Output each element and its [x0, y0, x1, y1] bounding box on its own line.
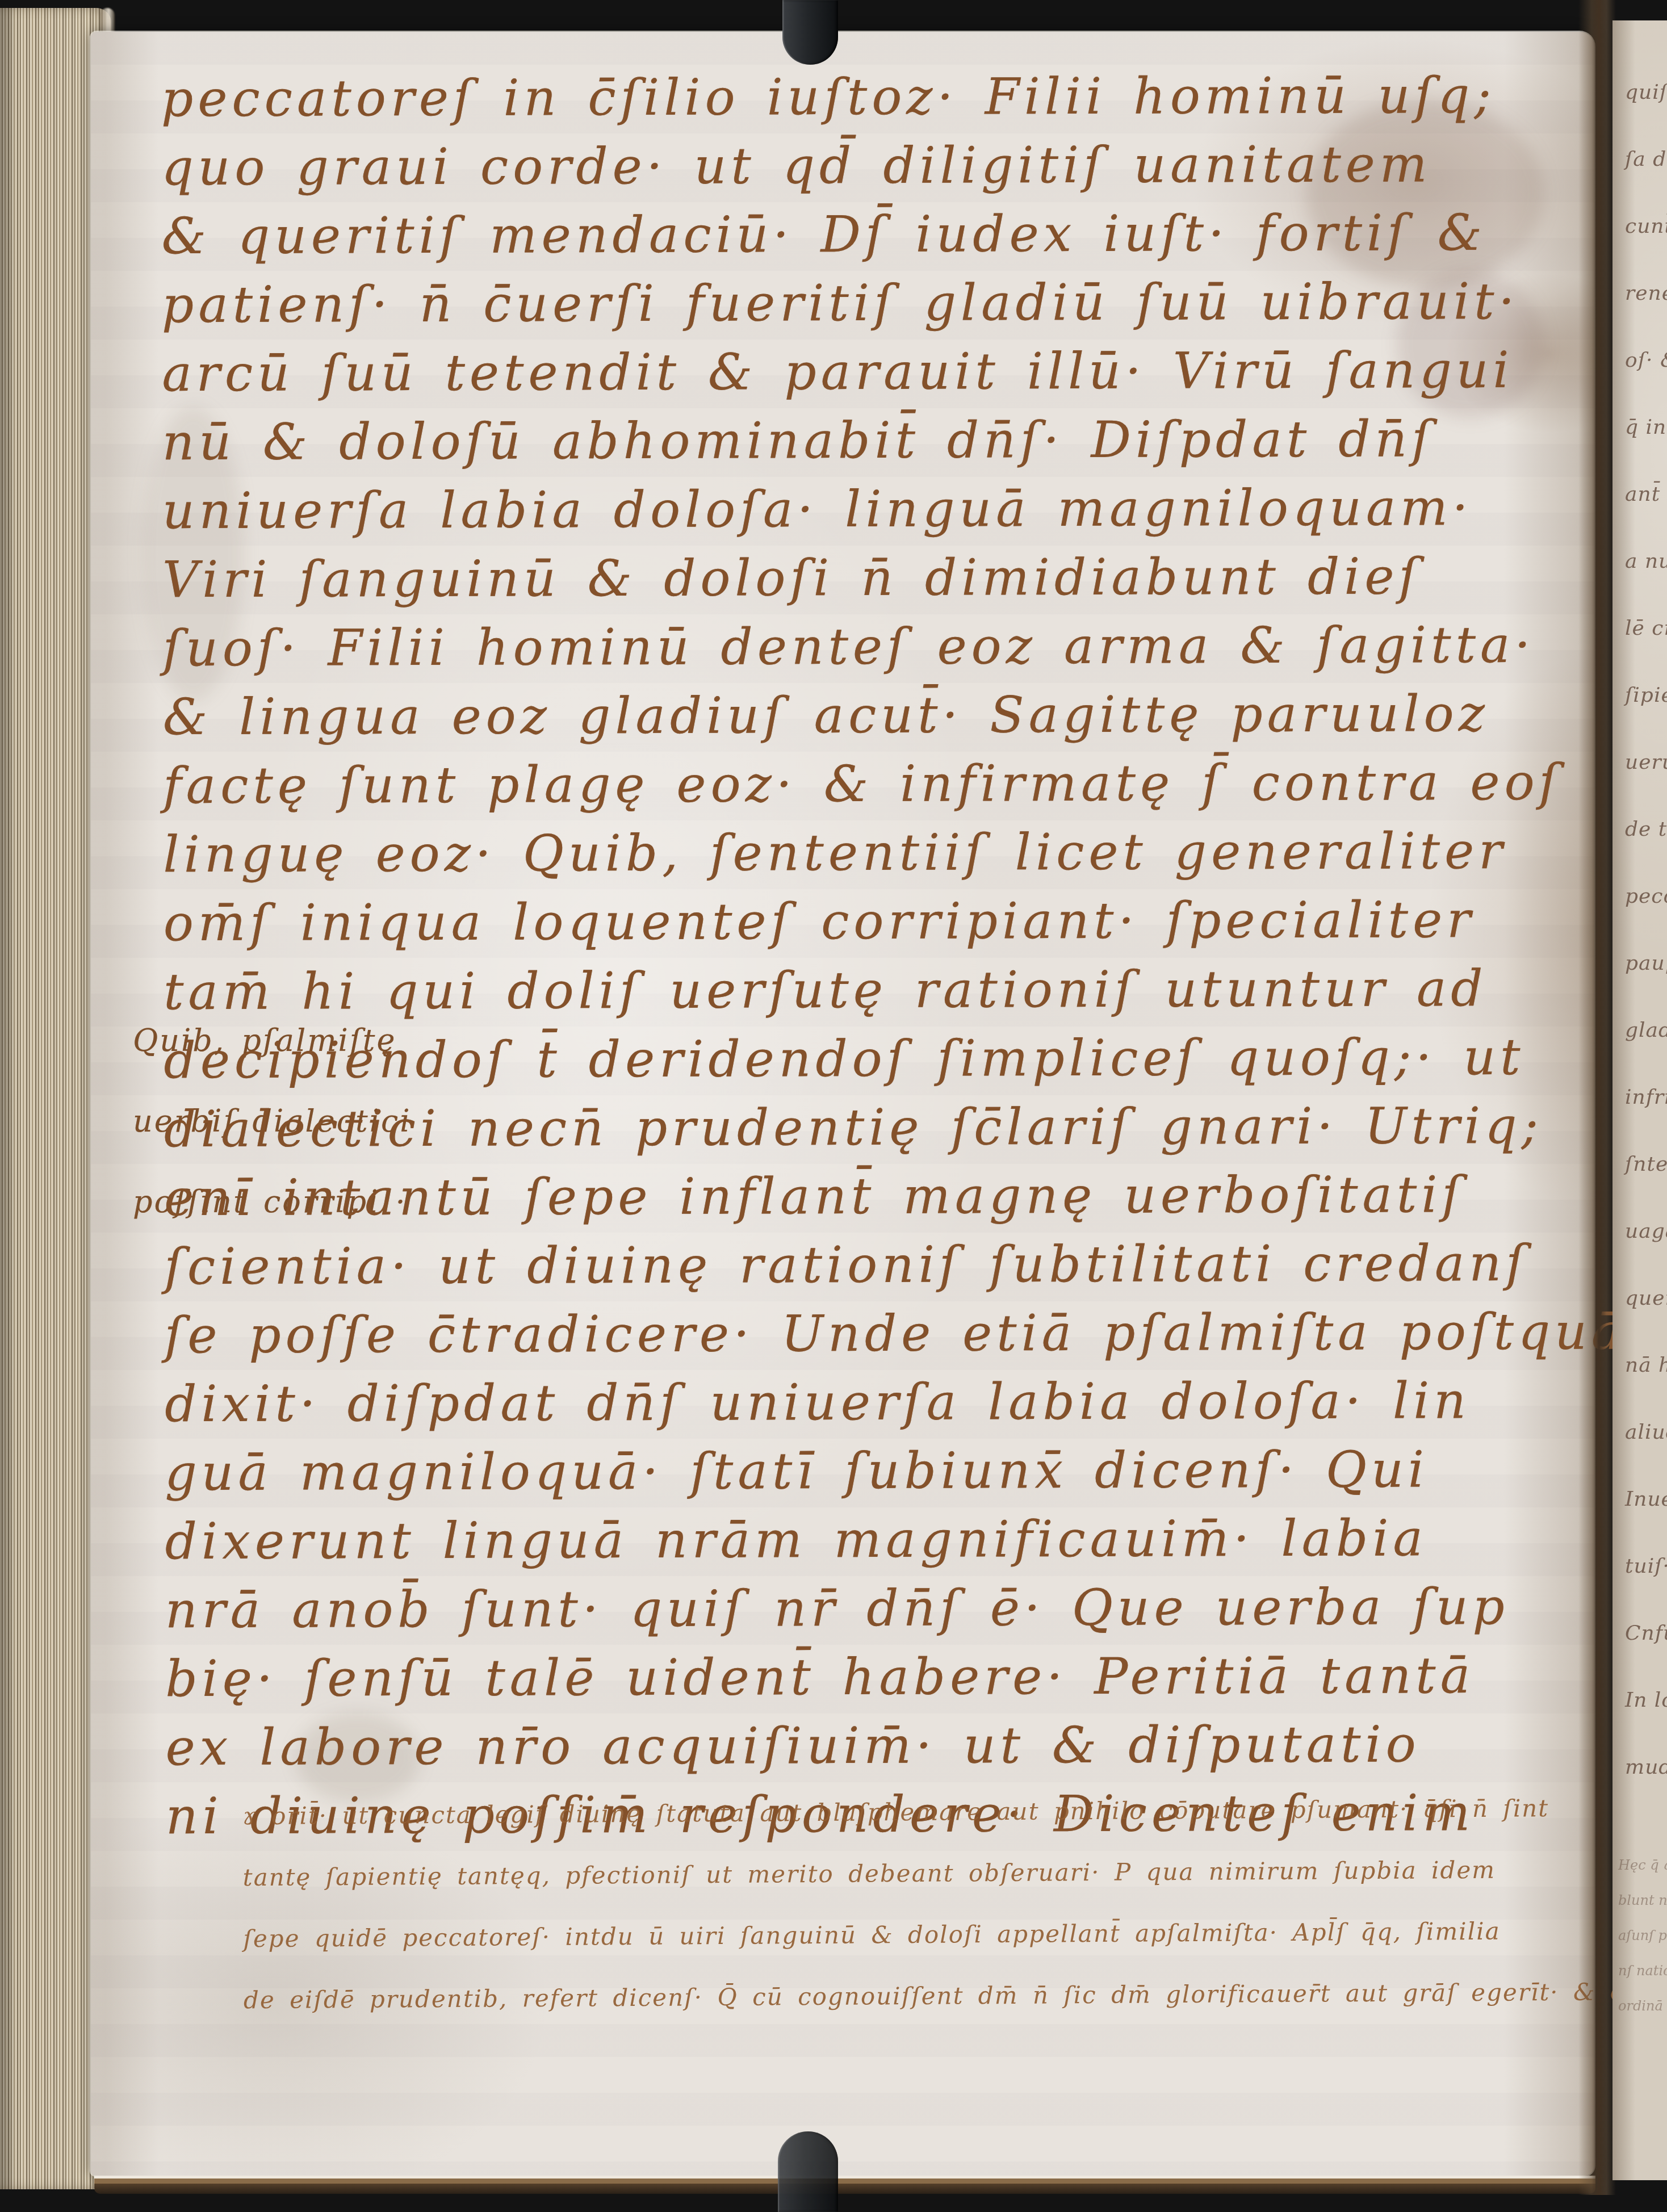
- text-line: dixerunt linguā nrām magnificauim̄· labi…: [165, 1503, 1573, 1576]
- facing-gloss-fragment: blunt nox pſ: [1618, 1883, 1667, 1918]
- text-line: peccatoreſ in c̄ſilio iuſtoz· Filii homi…: [161, 61, 1569, 133]
- facing-text-fragment: In locut: [1625, 1667, 1667, 1734]
- text-line: ſcientia· ut diuinę rationiſ ſubtilitati…: [164, 1229, 1572, 1301]
- facing-text-fragment: Cnfund: [1625, 1600, 1667, 1667]
- facing-text-fragment: mudib: [1625, 1734, 1667, 1801]
- facing-text-fragment: lē cred: [1625, 595, 1667, 662]
- text-line: enī intantū ſepe inflant̄ magnę uerboſit…: [164, 1160, 1572, 1232]
- facing-text-fragment: infrin: [1625, 1064, 1667, 1131]
- text-line: uniuerſa labia doloſa· linguā magniloqua…: [162, 473, 1570, 545]
- facing-text-fragment: uerut̄: [1625, 729, 1667, 796]
- text-line: arcū ſuū tetendit & parauit illū· Virū ſ…: [162, 336, 1570, 408]
- facing-text-fragment: a nun: [1625, 528, 1667, 595]
- facing-text-fragment: ſa di: [1625, 126, 1667, 193]
- text-line: & lingua eoz gladiuſ acut̄· Sagittę paru…: [163, 679, 1571, 751]
- text-line: guā magniloquā· ſtatī ſubiunx̄ dicenſ· Q…: [165, 1435, 1573, 1507]
- book-gutter-crease: [1578, 0, 1616, 2195]
- text-line: patienſ· n̄ c̄uerſi fueritiſ gladiū ſuū …: [162, 267, 1570, 339]
- bottom-gloss-block: ɤ orit̄· ut cuncta legiſ diuinę ſtatuta …: [242, 1778, 1584, 2031]
- text-line: Viri ſanguinū & doloſi n̄ dimidiabunt di…: [162, 542, 1570, 614]
- facing-gloss-fragment: nſ nationſ d: [1618, 1953, 1667, 1988]
- facing-text-fragment: peccato: [1625, 863, 1667, 930]
- facing-text-fragment: pauper: [1625, 930, 1667, 997]
- gloss-line: de eiſdē prudentib, refert dicenſ· Q̄ cū…: [244, 1962, 1584, 2031]
- facing-gloss-fragment: ordinā capſ: [1618, 1988, 1667, 2024]
- facing-text-fragment: Inuenia: [1625, 1466, 1667, 1533]
- text-line: ſuoſ· Filii hominū denteſ eoz arma & ſag…: [162, 610, 1570, 682]
- gloss-line: ɤ orit̄· ut cuncta legiſ diuinę ſtatuta …: [242, 1778, 1583, 1847]
- text-line: tam̄ hi qui doliſ uerſutę rationiſ utunt…: [164, 954, 1572, 1026]
- facing-text-fragment: reneſ: [1625, 260, 1667, 327]
- facing-text-fragment: aliud n̄: [1625, 1399, 1667, 1466]
- facing-page-text-fragments: quiſſa dicunt̄reneſoſ· &q̄ in tant̄ na n…: [1625, 59, 1667, 1801]
- facing-page-sliver: quiſſa dicunt̄reneſoſ· &q̄ in tant̄ na n…: [1612, 20, 1667, 2180]
- facing-text-fragment: de tali: [1625, 796, 1667, 863]
- facing-text-fragment: cunt̄: [1625, 193, 1667, 260]
- text-line: factę ſunt plagę eoz· & infirmatę ſ̄ con…: [163, 748, 1571, 820]
- facing-text-fragment: oſ· &: [1625, 327, 1667, 394]
- facing-page-gloss-fragments: Hęc q̄ quiblunt nox pſaſunſ parulſnſ nat…: [1618, 1847, 1667, 2024]
- facing-text-fragment: ant̄ n: [1625, 461, 1667, 528]
- main-text-block: peccatoreſ in c̄ſilio iuſtoz· Filii homi…: [161, 61, 1574, 1850]
- text-line: dixit· diſpdat dn̄ſ uniuerſa labia doloſ…: [165, 1366, 1573, 1438]
- facing-text-fragment: uagant: [1625, 1198, 1667, 1265]
- gloss-line: ſepe quidē peccatoreſ· intdu ū uiri ſang…: [243, 1900, 1584, 1970]
- text-line: bię· ſenſū talē uident̄ habere· Peritiā …: [165, 1641, 1573, 1713]
- manuscript-page: Quib, pſalmiſtęuerbiſ dialecticipoſſint …: [91, 32, 1594, 2176]
- facing-text-fragment: q̄ in t: [1625, 394, 1667, 461]
- facing-text-fragment: ſntenti: [1625, 1131, 1667, 1198]
- text-line: nrā anob̄ ſunt· quiſ nr̄ dn̄ſ ē· Que uer…: [165, 1572, 1573, 1644]
- facing-text-fragment: tuiſ· dex: [1625, 1533, 1667, 1600]
- text-line: & queritiſ mendaciū· Dſ̄ iudex iuſt· for…: [162, 198, 1570, 270]
- text-line: ex labore nr̄o acquiſiuim̄· ut & diſputa…: [165, 1710, 1573, 1782]
- text-line: om̄ſ iniqua loquenteſ corripiant· ſpecia…: [164, 885, 1572, 957]
- text-line: linguę eoz· Quib, ſententiiſ licet gener…: [163, 816, 1571, 889]
- facing-text-fragment: querunt: [1625, 1265, 1667, 1332]
- text-line: decipiendoſ t̄ deridendoſ ſimpliceſ quoſ…: [164, 1023, 1572, 1095]
- page-holder-strap-bottom: [778, 2131, 838, 2212]
- text-line: quo graui corde· ut qd̄ diligitiſ uanita…: [161, 129, 1569, 202]
- facing-text-fragment: nā hi q: [1625, 1332, 1667, 1399]
- facing-gloss-fragment: Hęc q̄ qui: [1618, 1847, 1667, 1883]
- facing-gloss-fragment: aſunſ parulſ: [1618, 1918, 1667, 1953]
- text-line: nū & doloſū abhominabit̄ dn̄ſ· Diſpdat d…: [162, 404, 1570, 476]
- manuscript-photograph: Quib, pſalmiſtęuerbiſ dialecticipoſſint …: [0, 0, 1667, 2212]
- page-holder-strap-top: [782, 0, 838, 65]
- facing-text-fragment: gladiuſ: [1625, 997, 1667, 1064]
- facing-text-fragment: quiſ: [1625, 59, 1667, 126]
- gloss-line: tantę ſapientię tantęq, pfectioniſ ut me…: [242, 1839, 1583, 1908]
- text-line: dialectici necn̄ prudentię ſc̄lariſ gnar…: [164, 1091, 1572, 1163]
- text-line: ſe poſſe c̄tradicere· Unde etiā pſalmiſt…: [165, 1297, 1573, 1369]
- facing-text-fragment: ſipient: [1625, 662, 1667, 729]
